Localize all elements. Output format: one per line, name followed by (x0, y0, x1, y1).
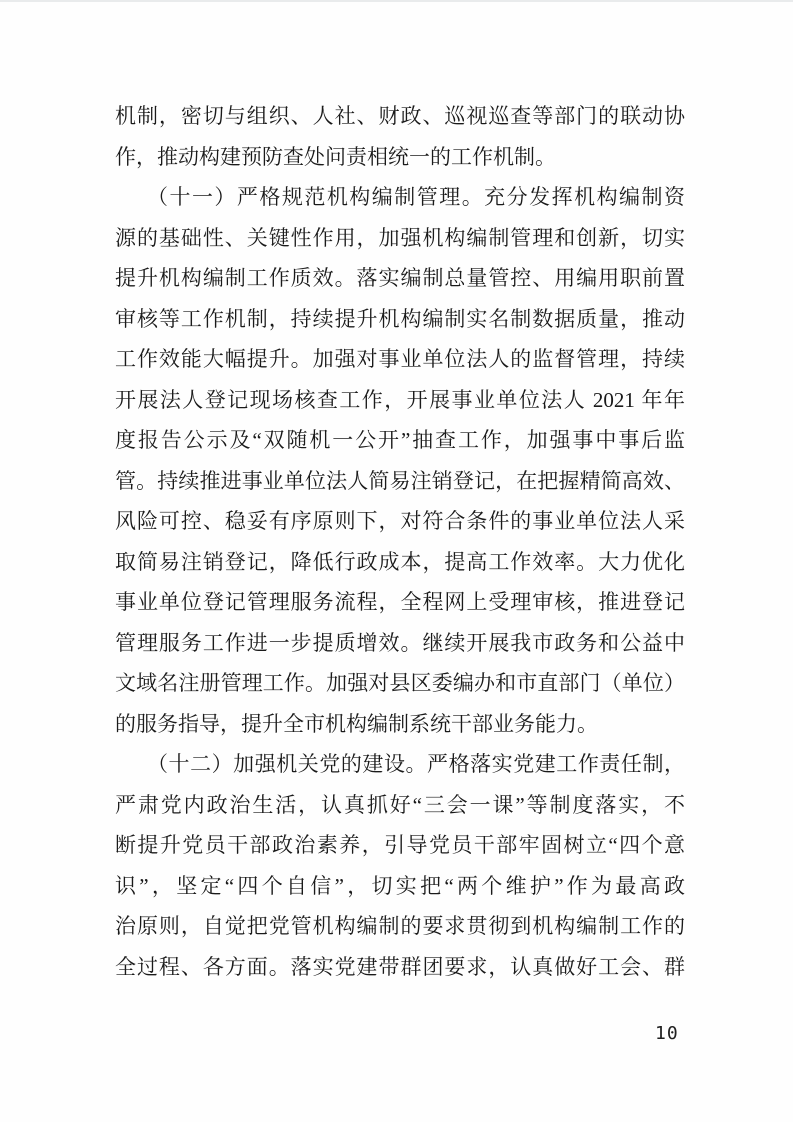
text-line: 取简易注销登记，降低行政成本，提高工作效率。大力优化 (115, 542, 685, 583)
text-line: 断提升党员干部政治素养，引导党员干部牢固树立“四个意 (115, 825, 685, 866)
section-12-paragraph: （十二）加强机关党的建设。严格落实党建工作责任制，严肃党内政治生活，认真抓好“三… (115, 744, 685, 987)
text-line: 管理服务工作进一步提质增效。继续开展我市政务和公益中 (115, 623, 685, 664)
text-line: 工作效能大幅提升。加强对事业单位法人的监督管理，持续 (115, 339, 685, 380)
text-line: 事业单位登记管理服务流程，全程网上受理审核，推进登记 (115, 582, 685, 623)
continuation-paragraph: 机制，密切与组织、人社、财政、巡视巡查等部门的联动协作，推动构建预防查处问责相统… (115, 96, 685, 177)
text-line: （十二）加强机关党的建设。严格落实党建工作责任制， (115, 744, 685, 785)
text-line: 风险可控、稳妥有序原则下，对符合条件的事业单位法人采 (115, 501, 685, 542)
text-line: 全过程、各方面。落实党建带群团要求，认真做好工会、群 (115, 947, 685, 988)
text-line: 机制，密切与组织、人社、财政、巡视巡查等部门的联动协 (115, 96, 685, 137)
text-line: 源的基础性、关键性作用，加强机构编制管理和创新，切实 (115, 218, 685, 259)
text-line: 管。持续推进事业单位法人简易注销登记，在把握精简高效、 (115, 461, 685, 502)
text-line: 文域名注册管理工作。加强对县区委编办和市直部门（单位） (115, 663, 685, 704)
text-line: 的服务指导，提升全市机构编制系统干部业务能力。 (115, 704, 685, 745)
text-line: 治原则，自觉把党管机构编制的要求贯彻到机构编制工作的 (115, 906, 685, 947)
page-number: 10 (655, 1023, 679, 1045)
text-line: 开展法人登记现场核查工作，开展事业单位法人 2021 年年 (115, 380, 685, 421)
text-line: （十一）严格规范机构编制管理。充分发挥机构编制资 (115, 177, 685, 218)
text-line: 严肃党内政治生活，认真抓好“三会一课”等制度落实，不 (115, 785, 685, 826)
document-body: 机制，密切与组织、人社、财政、巡视巡查等部门的联动协作，推动构建预防查处问责相统… (115, 96, 685, 987)
text-line: 度报告公示及“双随机一公开”抽查工作，加强事中事后监 (115, 420, 685, 461)
document-page: 机制，密切与组织、人社、财政、巡视巡查等部门的联动协作，推动构建预防查处问责相统… (0, 0, 793, 1122)
text-line: 识”，坚定“四个自信”，切实把“两个维护”作为最高政 (115, 866, 685, 907)
text-line: 提升机构编制工作质效。落实编制总量管控、用编用职前置 (115, 258, 685, 299)
text-line: 作，推动构建预防查处问责相统一的工作机制。 (115, 137, 685, 178)
section-11-paragraph: （十一）严格规范机构编制管理。充分发挥机构编制资源的基础性、关键性作用，加强机构… (115, 177, 685, 744)
text-line: 审核等工作机制，持续提升机构编制实名制数据质量，推动 (115, 299, 685, 340)
